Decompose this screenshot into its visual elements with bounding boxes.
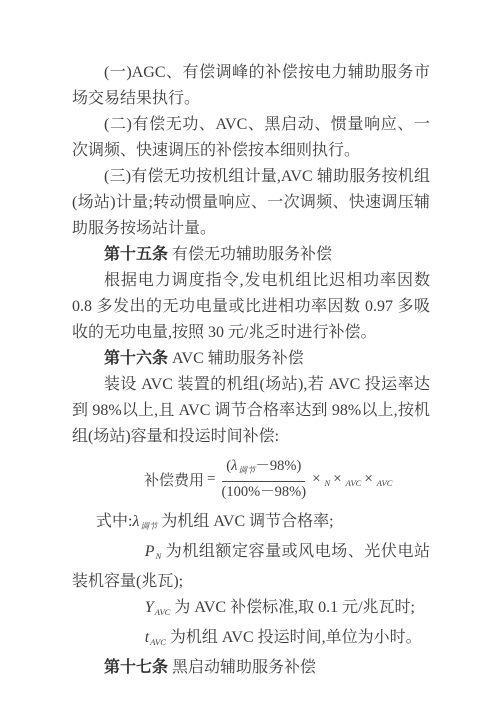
formula-def-pn: PN 为机组额定容量或风电场、光伏电站装机容量(兆瓦); xyxy=(72,539,430,595)
math-variable-base: Y xyxy=(145,599,154,616)
text-run: 为 AVC 补偿标准,取 0.1 元/兆瓦时; xyxy=(170,599,415,616)
avc-compensation-formula: 补偿费用=(λ调节－98%)(100%－98%)×N×AVC×AVC xyxy=(144,455,430,503)
math-variable: tAVC xyxy=(145,629,166,646)
text-run: (一)AGC、有偿调峰的补偿按电力辅助服务市场交易结果执行。 xyxy=(72,64,430,107)
math-variable: N xyxy=(324,471,331,488)
formula-lhs: 补偿费用 xyxy=(144,469,204,490)
article-17-heading: 第十七条 黑启动辅助服务补偿 xyxy=(72,655,430,681)
math-variable: λ调节 xyxy=(132,513,157,530)
clause-item-2: (二)有偿无功、AVC、黑启动、惯量响应、一次调频、快速调压的补偿按本细则执行。 xyxy=(72,112,430,164)
math-variable: PN xyxy=(145,543,161,560)
math-variable-base: P xyxy=(145,543,155,560)
article-15-heading: 第十五条 有偿无功辅助服务补偿 xyxy=(72,242,430,268)
fraction: (λ调节－98%)(100%－98%) xyxy=(221,457,306,502)
article-15-body: 根据电力调度指令,发电机组比迟相功率因数 0.8 多发出的无功电量或比进相功率因… xyxy=(72,268,430,346)
math-variable-subscript: N xyxy=(325,478,331,488)
document-body: (一)AGC、有偿调峰的补偿按电力辅助服务市场交易结果执行。(二)有偿无功、AV… xyxy=(72,60,430,681)
formula-where-lambda: 式中:λ调节 为机组 AVC 调节合格率; xyxy=(72,509,430,539)
math-variable: AVC xyxy=(376,471,393,488)
fraction-numerator: (λ调节－98%) xyxy=(222,457,305,482)
bold-text-run: 第十五条 xyxy=(104,246,168,263)
text-run: 黑启动辅助服务补偿 xyxy=(168,659,316,676)
text-run: 为机组 AVC 投运时间,单位为小时。 xyxy=(166,629,422,646)
text-run: (二)有偿无功、AVC、黑启动、惯量响应、一次调频、快速调压的补偿按本细则执行。 xyxy=(72,116,430,159)
article-16-body: 装设 AVC 装置的机组(场站),若 AVC 投运率达到 98%以上,且 AVC… xyxy=(72,372,430,450)
fraction-denominator: (100%－98%) xyxy=(221,482,306,502)
math-variable-base: λ xyxy=(231,458,237,474)
math-variable: YAVC xyxy=(145,599,171,616)
times-sign: × xyxy=(312,471,320,488)
bold-text-run: 第十七条 xyxy=(104,659,168,676)
equals-sign: = xyxy=(207,471,215,488)
math-variable-subscript: AVC xyxy=(346,478,362,488)
text-run: 有偿无功辅助服务补偿 xyxy=(168,246,332,263)
math-variable-base: λ xyxy=(132,513,139,530)
clause-item-1: (一)AGC、有偿调峰的补偿按电力辅助服务市场交易结果执行。 xyxy=(72,60,430,112)
times-sign: × xyxy=(333,471,341,488)
text-run: 装设 AVC 装置的机组(场站),若 AVC 投运率达到 98%以上,且 AVC… xyxy=(72,376,430,445)
text-run: 式中: xyxy=(96,513,132,530)
formula-def-yavc: YAVC 为 AVC 补偿标准,取 0.1 元/兆瓦时; xyxy=(72,595,430,625)
times-sign: × xyxy=(364,471,372,488)
document-page: (一)AGC、有偿调峰的补偿按电力辅助服务市场交易结果执行。(二)有偿无功、AV… xyxy=(0,0,500,707)
math-variable-subscript: 调节 xyxy=(140,521,157,531)
clause-item-3: (三)有偿无功按机组计量,AVC 辅助服务按机组(场站)计量;转动惯量响应、一次… xyxy=(72,164,430,242)
bold-text-run: 第十六条 xyxy=(104,350,168,367)
text-run: 根据电力调度指令,发电机组比迟相功率因数 0.8 多发出的无功电量或比进相功率因… xyxy=(72,272,430,341)
math-variable-subscript: AVC xyxy=(155,607,171,617)
text-run: AVC 辅助服务补偿 xyxy=(168,350,304,367)
text-run: 为机组 AVC 调节合格率; xyxy=(157,513,333,530)
math-variable-base: t xyxy=(145,629,149,646)
text-run: (三)有偿无功按机组计量,AVC 辅助服务按机组(场站)计量;转动惯量响应、一次… xyxy=(72,168,430,237)
math-variable-subscript: AVC xyxy=(150,637,166,647)
article-16-heading: 第十六条 AVC 辅助服务补偿 xyxy=(72,346,430,372)
math-variable-subscript: AVC xyxy=(377,478,393,488)
formula-def-tavc: tAVC 为机组 AVC 投运时间,单位为小时。 xyxy=(72,625,430,655)
text-run: －98%) xyxy=(255,458,301,474)
math-variable: AVC xyxy=(345,471,362,488)
math-variable: λ调节 xyxy=(231,458,255,474)
text-run: 为机组额定容量或风电场、光伏电站装机容量(兆瓦); xyxy=(72,543,430,590)
math-variable-subscript: 调节 xyxy=(238,465,255,475)
